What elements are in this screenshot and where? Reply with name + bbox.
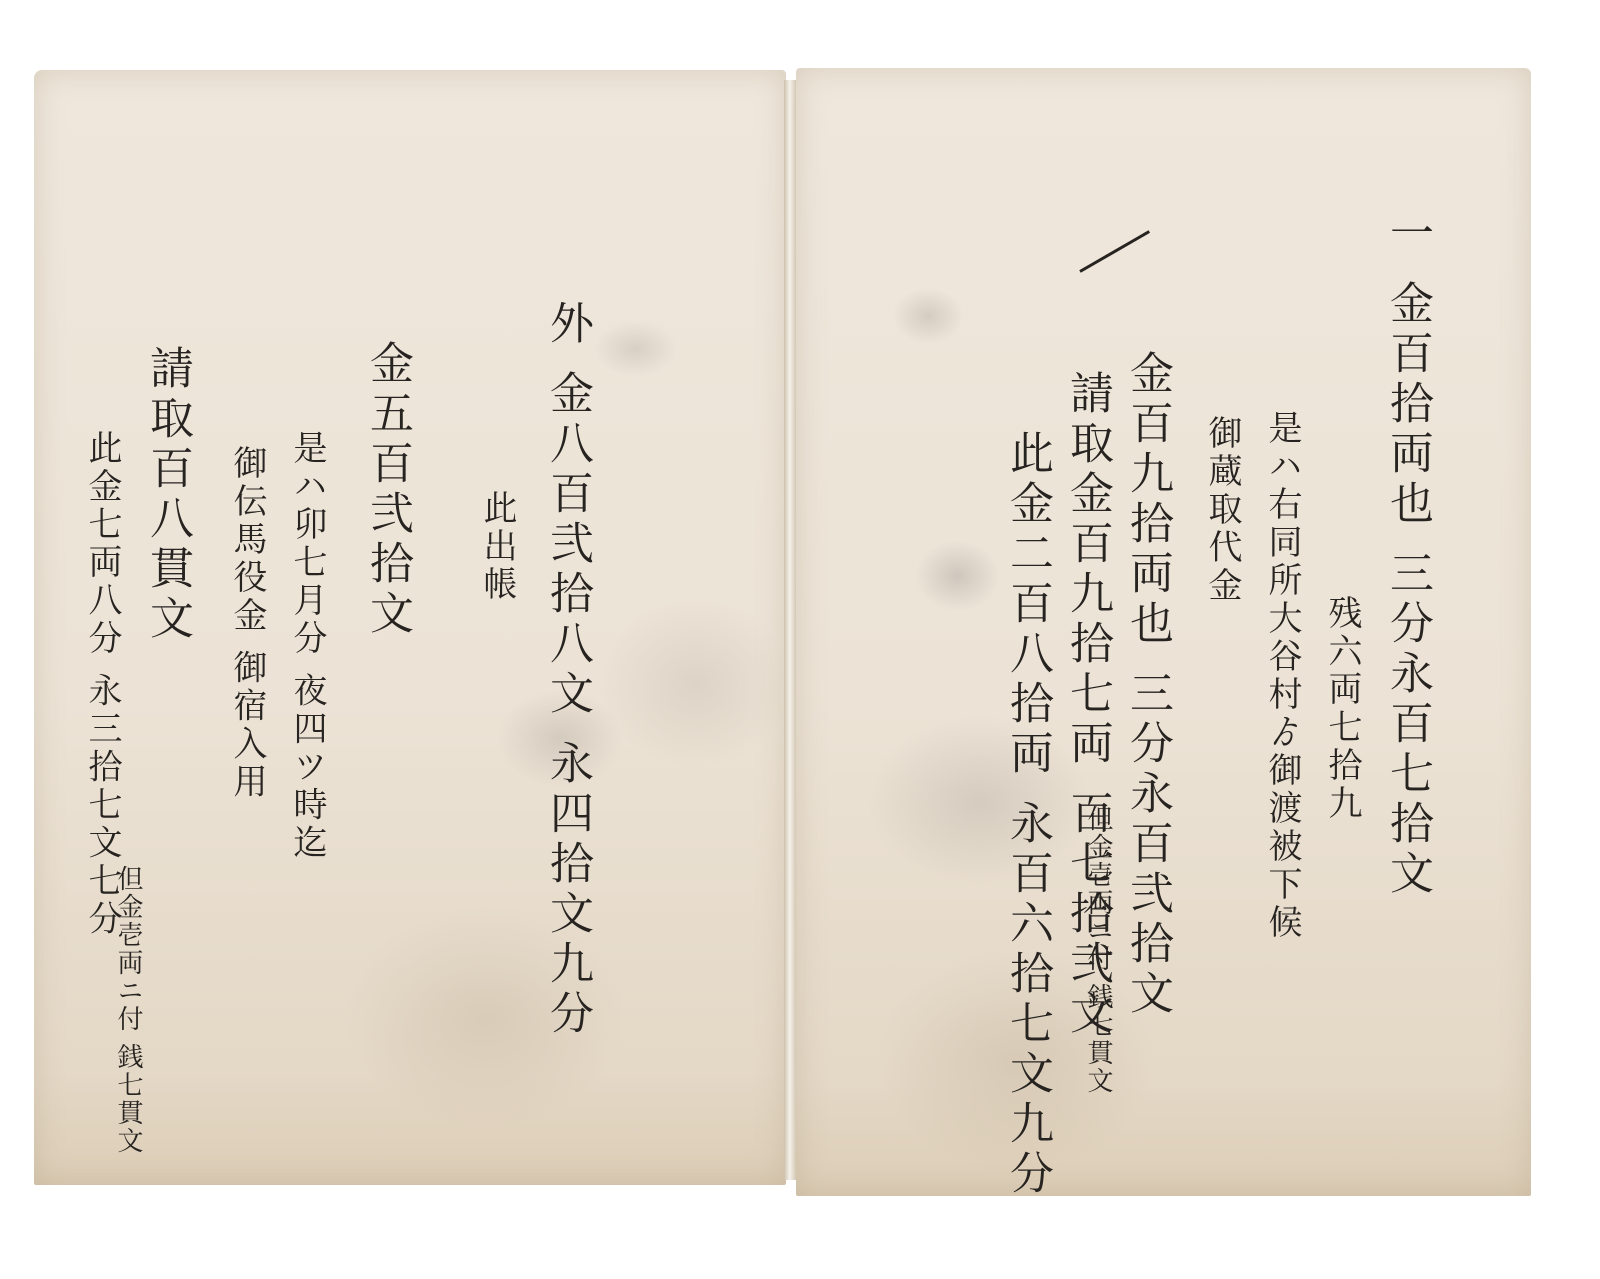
ledger-column: 是ハ卯七月分 夜四ツ時迄 bbox=[290, 430, 324, 863]
ledger-column: 但金壱両ニ付 銭七貫文 bbox=[115, 865, 141, 1155]
ledger-column: 此金七両八分 永三拾七文七分 bbox=[85, 430, 119, 939]
ledger-column: 金五百弐拾文 bbox=[365, 340, 409, 640]
ledger-column: 残六両七拾九 bbox=[1325, 595, 1359, 823]
ledger-column: 御伝馬役金 御宿入用 bbox=[230, 445, 264, 802]
ledger-column: 但金壱両ニ付 銭七貫文 bbox=[1085, 805, 1111, 1095]
ledger-column: 外 金八百弐拾八文 永四拾文九分 bbox=[545, 300, 589, 1040]
ledger-column: 此出帳 bbox=[480, 490, 514, 604]
ledger-column: 御蔵取代金 bbox=[1205, 415, 1239, 605]
ledger-column: 此金二百八拾両 永百六拾七文九分 bbox=[1005, 430, 1049, 1200]
ledger-column: 請取百八貫文 bbox=[145, 345, 189, 645]
ledger-column: 金百九拾両也 三分永百弐拾文 bbox=[1125, 350, 1169, 1020]
ledger-column: 是ハ右同所大谷村ゟ御渡被下候 bbox=[1265, 410, 1299, 942]
ledger-column: 一 金百拾両也 三分永百七拾文 bbox=[1385, 210, 1429, 900]
